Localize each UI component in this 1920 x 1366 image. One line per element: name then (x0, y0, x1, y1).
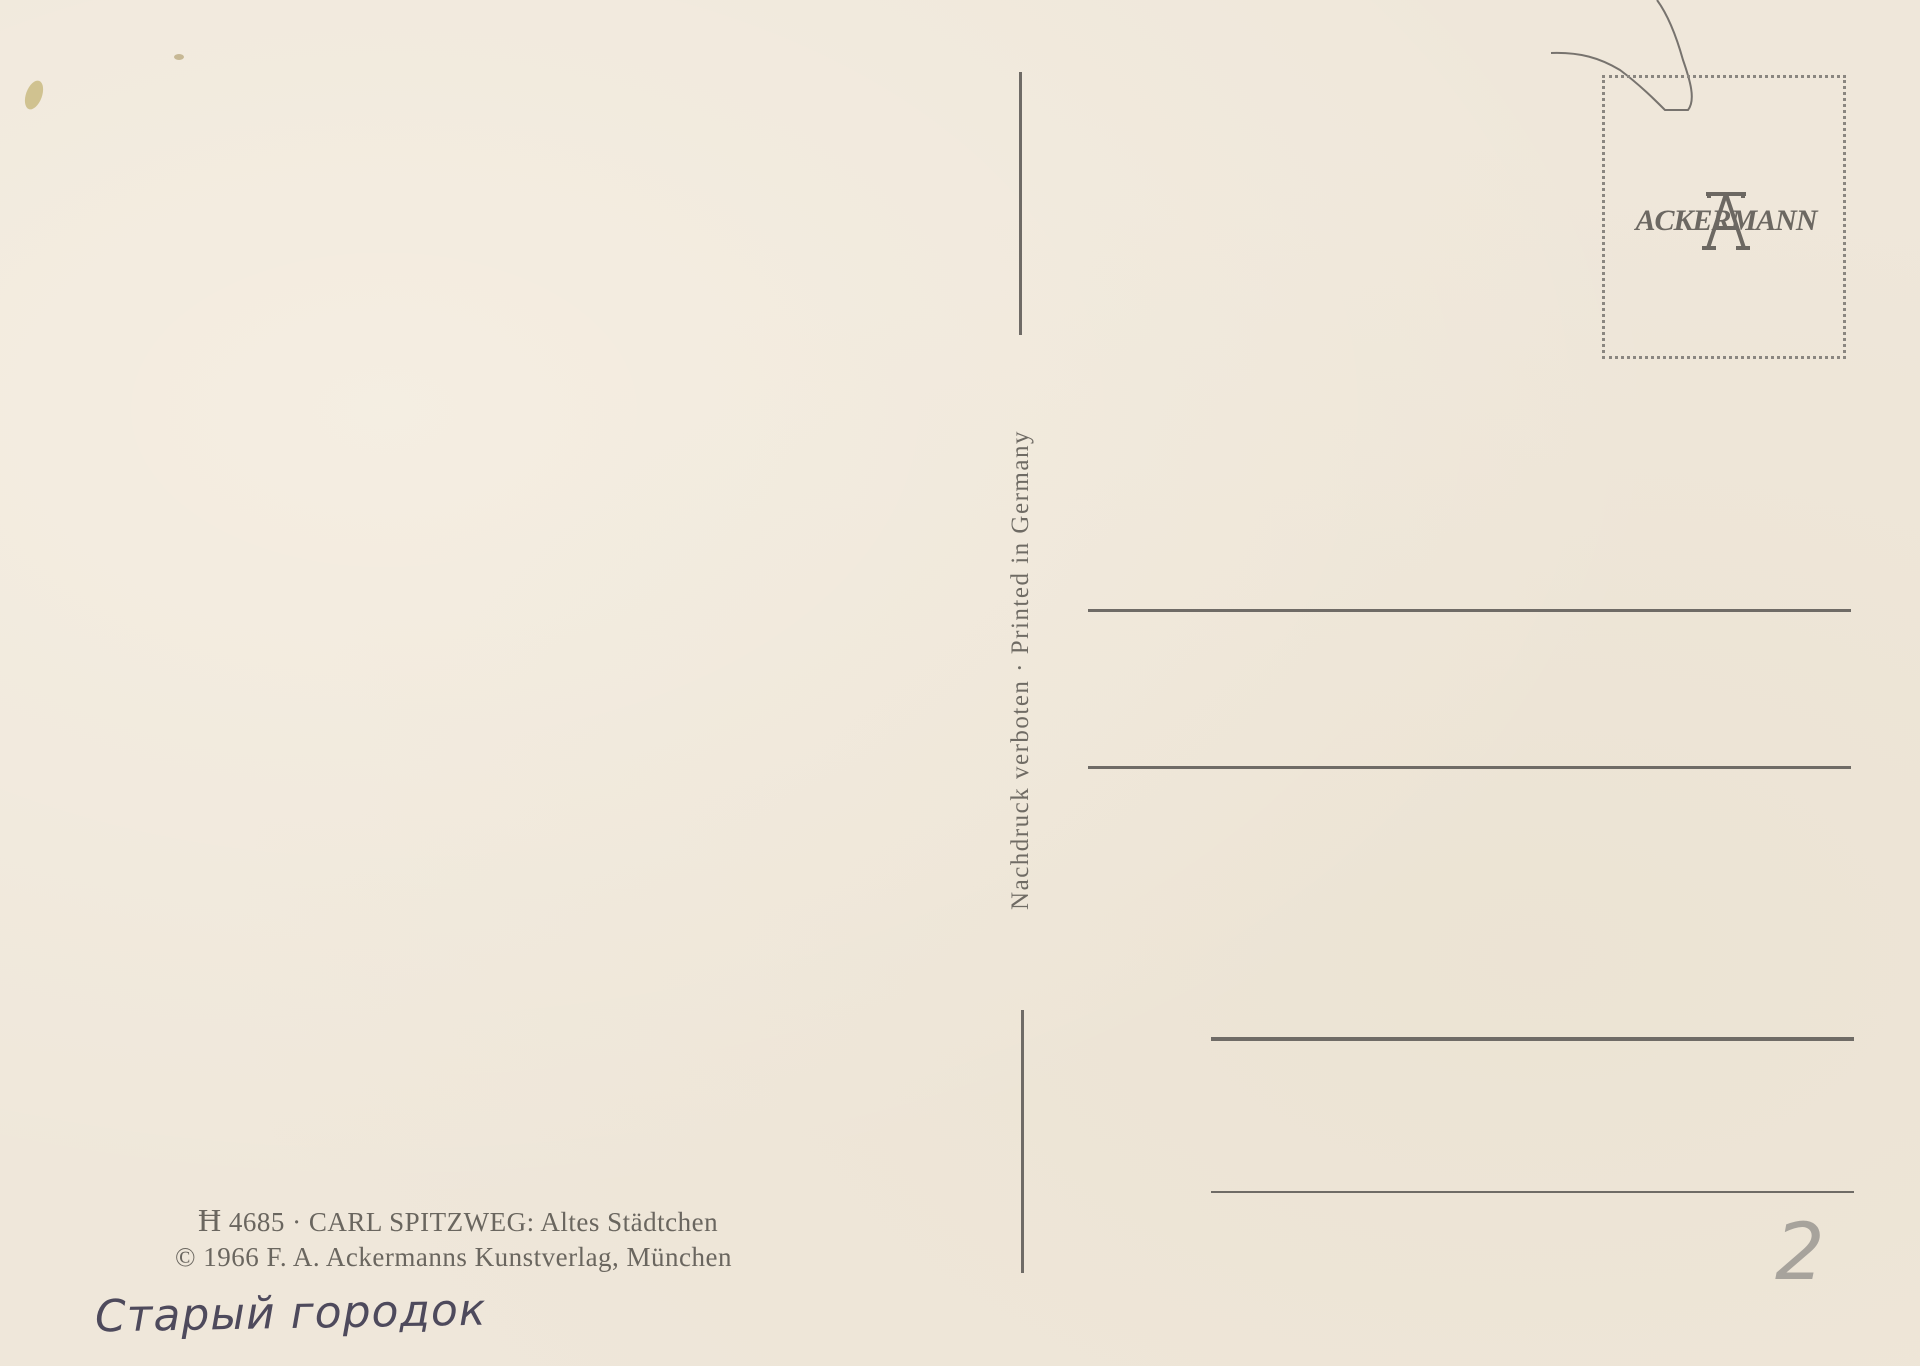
address-line-2 (1088, 766, 1851, 769)
address-line-4 (1211, 1191, 1854, 1193)
logo-text: ACKERMANN (1626, 204, 1826, 238)
ackermann-logo: ACKERMANN (1626, 188, 1826, 252)
handwritten-title: Старый городок (95, 1285, 487, 1343)
handwritten-number: 2 (1775, 1208, 1825, 1298)
address-line-3 (1211, 1037, 1854, 1041)
address-line-1 (1088, 609, 1851, 612)
stain-mark (21, 78, 46, 112)
divider-line-bottom (1021, 1010, 1024, 1273)
artwork-caption-line1: Ħ 4685 · CARL SPITZWEG: Altes Städtchen (198, 1202, 718, 1239)
stain-mark (174, 54, 184, 60)
artwork-title: 4685 · CARL SPITZWEG: Altes Städtchen (229, 1207, 718, 1237)
ackermann-monogram-icon: Ħ (198, 1202, 222, 1238)
copyright-line: © 1966 F. A. Ackermanns Kunstverlag, Mün… (175, 1242, 732, 1273)
divider-line-top (1019, 72, 1022, 335)
imprint-text: Nachdruck verboten · Printed in Germany (1007, 430, 1035, 910)
